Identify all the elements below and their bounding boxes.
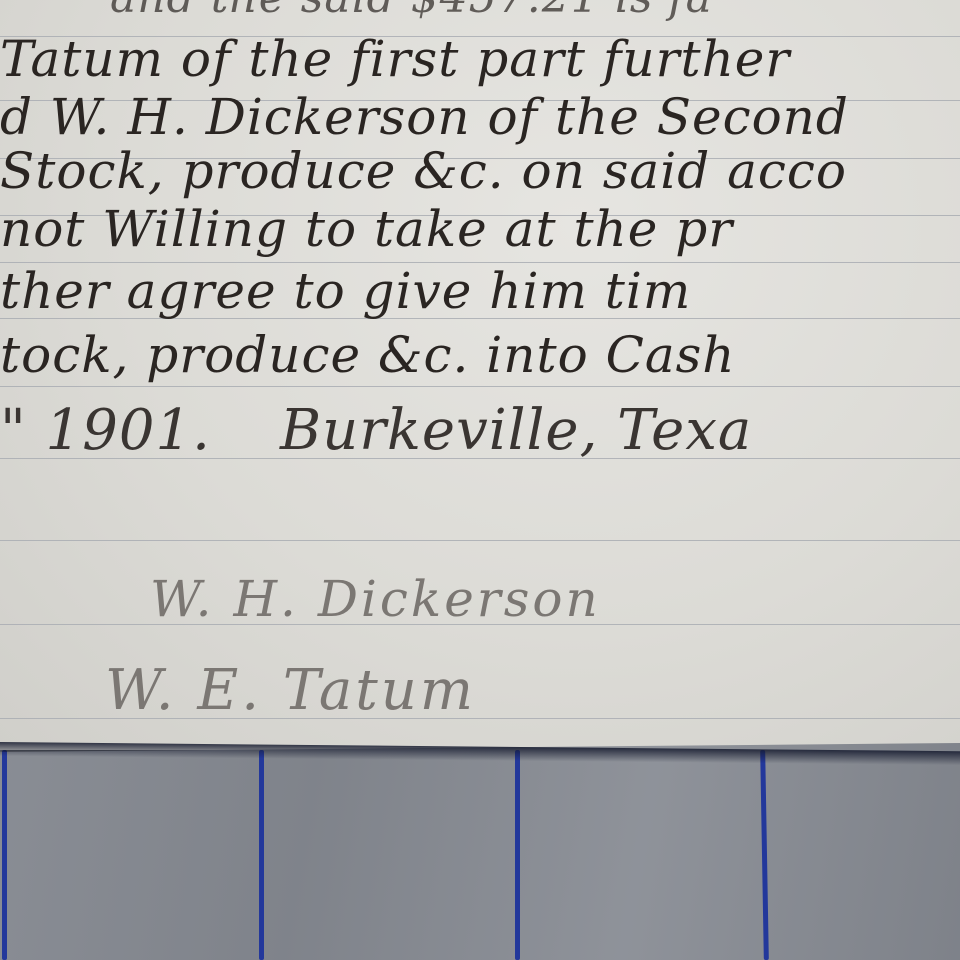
- date-fragment: " 1901.: [0, 398, 211, 463]
- signature-dickerson: W. H. Dickerson: [150, 570, 601, 628]
- text-line-5: not Willing to take at the pr: [0, 200, 733, 258]
- text-line-4: Stock, produce &c. on said acco: [0, 142, 847, 200]
- ruled-line: [0, 386, 960, 387]
- text-line-3: d W. H. Dickerson of the Second: [0, 88, 849, 146]
- mat-grid-line: [2, 750, 7, 960]
- mat-grid-line: [515, 750, 520, 960]
- text-line-2: Tatum of the first part further: [0, 30, 790, 88]
- text-line-6: ther agree to give him tim: [0, 262, 691, 320]
- signature-tatum: W. E. Tatum: [105, 658, 476, 723]
- ruled-line: [0, 540, 960, 541]
- document-paper: and the said $457.21 is fa Tatum of the …: [0, 0, 960, 750]
- mat-grid-line: [259, 750, 264, 960]
- place-line: Burkeville, Texa: [280, 398, 752, 463]
- mat-grid-line: [760, 750, 769, 960]
- text-line-7: tock, produce &c. into Cash: [0, 326, 736, 384]
- text-line-1: and the said $457.21 is fa: [110, 0, 713, 23]
